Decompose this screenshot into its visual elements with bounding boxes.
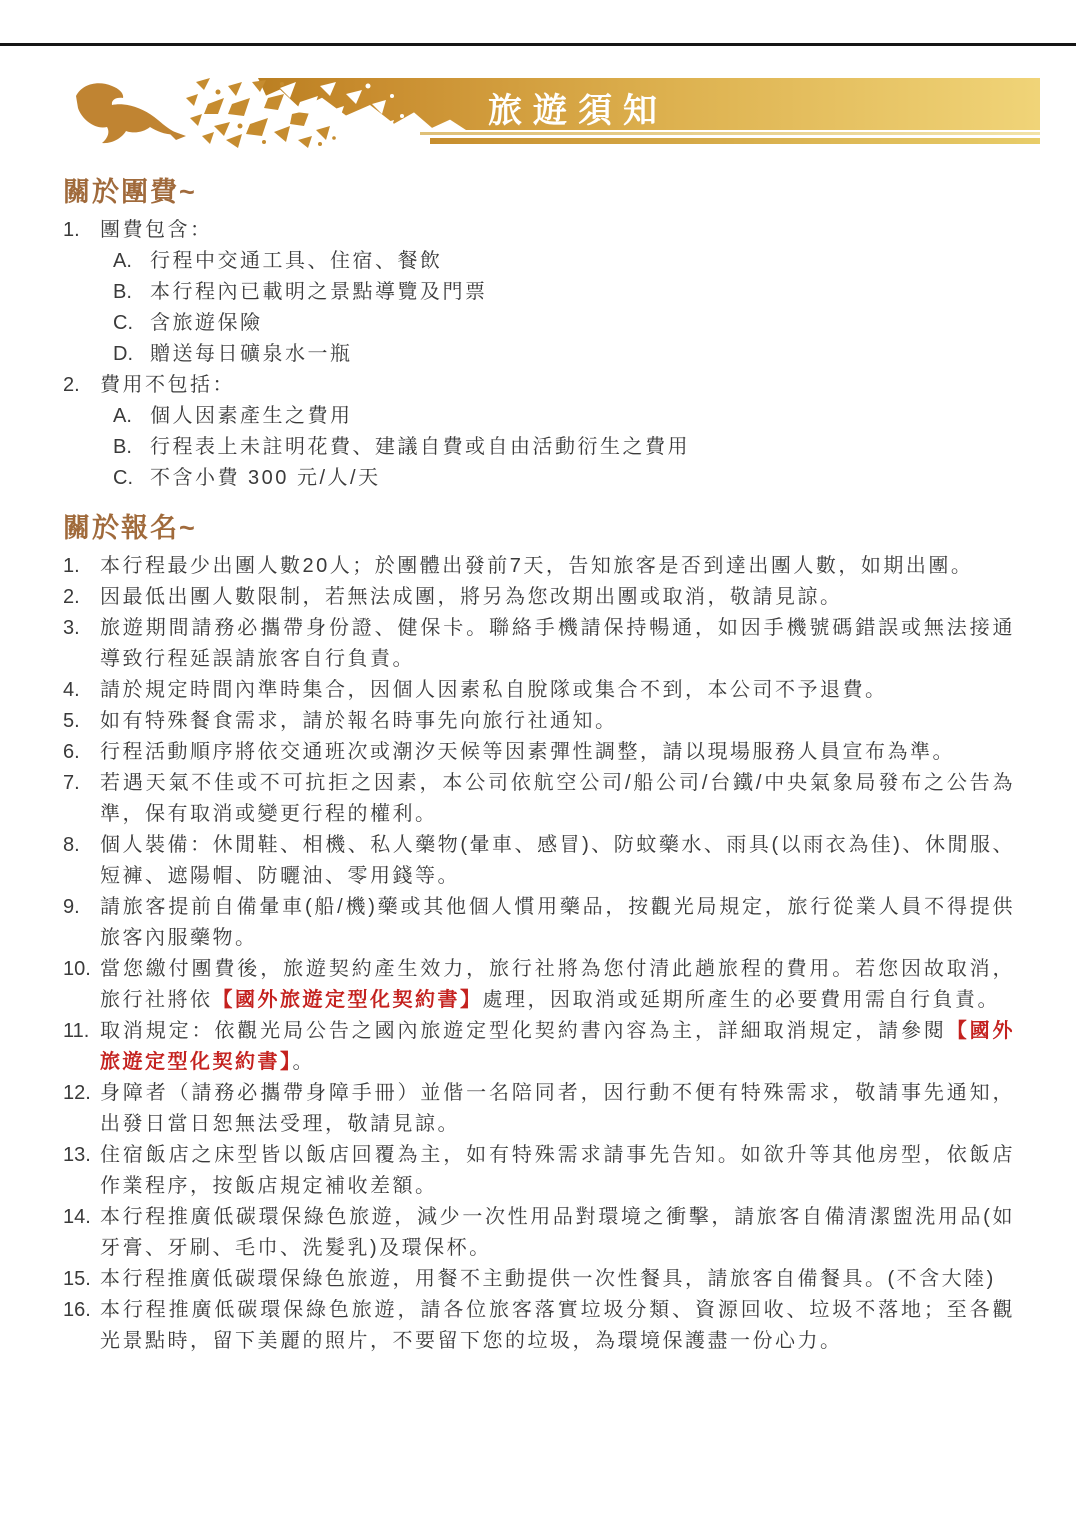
subitem-letter: A. [113, 246, 150, 277]
sub-list-item: C.不含小費 300 元/人/天 [63, 463, 1015, 494]
list-item: 5.如有特殊餐食需求，請於報名時事先向旅行社通知。 [63, 706, 1015, 737]
subitem-text: 行程表上未註明花費、建議自費或自由活動衍生之費用 [150, 432, 1015, 463]
item-text: 取消規定：依觀光局公告之國內旅遊定型化契約書內容為主，詳細取消規定，請參閱【國外… [100, 1016, 1015, 1078]
sub-list-item: C.含旅遊保險 [63, 308, 1015, 339]
text-segment: 本行程推廣低碳環保綠色旅遊，請各位旅客落實垃圾分類、資源回收、垃圾不落地；至各觀… [100, 1299, 1015, 1352]
item-number: 2. [63, 582, 100, 613]
sub-list-item: B.行程表上未註明花費、建議自費或自由活動衍生之費用 [63, 432, 1015, 463]
text-segment: 若遇天氣不佳或不可抗拒之因素，本公司依航空公司/船公司/台鐵/中央氣象局發布之公… [100, 772, 1015, 825]
text-segment: 費用不包括： [100, 374, 235, 396]
text-segment: 個人裝備：休閒鞋、相機、私人藥物(暈車、感冒)、防蚊藥水、雨具(以雨衣為佳)、休… [100, 834, 1015, 887]
text-segment: 取消規定：依觀光局公告之國內旅遊定型化契約書內容為主，詳細取消規定，請參閱 [100, 1020, 947, 1042]
list-item: 4.請於規定時間內準時集合，因個人因素私自脫隊或集合不到，本公司不予退費。 [63, 675, 1015, 706]
text-segment: 請於規定時間內準時集合，因個人因素私自脫隊或集合不到，本公司不予退費。 [100, 679, 888, 701]
section-heading: 關於團費~ [63, 170, 1015, 209]
subitem-letter: B. [113, 432, 150, 463]
text-segment: 因最低出團人數限制，若無法成團，將另為您改期出團或取消，敬請見諒。 [100, 586, 843, 608]
item-text: 身障者（請務必攜帶身障手冊）並偕一名陪同者，因行動不便有特殊需求，敬請事先通知，… [100, 1078, 1015, 1140]
text-segment: 本行程推廣低碳環保綠色旅遊，用餐不主動提供一次性餐具，請旅客自備餐具。(不含大陸… [100, 1268, 996, 1290]
list-item: 16.本行程推廣低碳環保綠色旅遊，請各位旅客落實垃圾分類、資源回收、垃圾不落地；… [63, 1295, 1015, 1357]
travel-notice-page: 旅遊須知 關於團費~1.團費包含：A.行程中交通工具、住宿、餐飲B.本行程內已載… [0, 0, 1076, 1521]
splatter-flecks [186, 78, 336, 148]
item-number: 14. [63, 1202, 100, 1233]
item-text: 住宿飯店之床型皆以飯店回覆為主，如有特殊需求請事先告知。如欲升等其他房型，依飯店… [100, 1140, 1015, 1202]
text-segment: 本行程最少出團人數20人；於團體出發前7天，告知旅客是否到達出團人數，如期出團。 [100, 555, 973, 577]
subitem-letter: A. [113, 401, 150, 432]
item-number: 15. [63, 1264, 100, 1295]
item-text: 請於規定時間內準時集合，因個人因素私自脫隊或集合不到，本公司不予退費。 [100, 675, 1015, 706]
text-segment: 。 [293, 1051, 316, 1073]
subitem-letter: C. [113, 463, 150, 494]
text-segment: 請旅客提前自備暈車(船/機)藥或其他個人慣用藥品，按觀光局規定，旅行從業人員不得… [100, 896, 1015, 949]
item-number: 3. [63, 613, 100, 644]
item-number: 8. [63, 830, 100, 861]
subitem-letter: D. [113, 339, 150, 370]
subitem-text: 本行程內已載明之景點導覽及門票 [150, 277, 1015, 308]
sub-list-item: A.個人因素產生之費用 [63, 401, 1015, 432]
notice-content: 關於團費~1.團費包含：A.行程中交通工具、住宿、餐飲B.本行程內已載明之景點導… [63, 170, 1015, 1369]
subitem-text: 含旅遊保險 [150, 308, 1015, 339]
banner: 旅遊須知 [68, 74, 1040, 150]
sub-list-item: D.贈送每日礦泉水一瓶 [63, 339, 1015, 370]
list-item: 8.個人裝備：休閒鞋、相機、私人藥物(暈車、感冒)、防蚊藥水、雨具(以雨衣為佳)… [63, 830, 1015, 892]
item-text: 旅遊期間請務必攜帶身份證、健保卡。聯絡手機請保持暢通，如因手機號碼錯誤或無法接通… [100, 613, 1015, 675]
item-text: 當您繳付團費後，旅遊契約產生效力，旅行社將為您付清此趟旅程的費用。若您因故取消，… [100, 954, 1015, 1016]
item-text: 費用不包括： [100, 370, 1015, 401]
item-text: 請旅客提前自備暈車(船/機)藥或其他個人慣用藥品，按觀光局規定，旅行從業人員不得… [100, 892, 1015, 954]
list-item: 1.本行程最少出團人數20人；於團體出發前7天，告知旅客是否到達出團人數，如期出… [63, 551, 1015, 582]
item-number: 1. [63, 215, 100, 246]
item-text: 團費包含： [100, 215, 1015, 246]
sub-list-item: B.本行程內已載明之景點導覽及門票 [63, 277, 1015, 308]
subitem-text: 行程中交通工具、住宿、餐飲 [150, 246, 1015, 277]
swallow-splatter-art [68, 74, 488, 154]
item-text: 本行程最少出團人數20人；於團體出發前7天，告知旅客是否到達出團人數，如期出團。 [100, 551, 1015, 582]
list-item: 2.因最低出團人數限制，若無法成團，將另為您改期出團或取消，敬請見諒。 [63, 582, 1015, 613]
text-segment: 團費包含： [100, 219, 213, 241]
section-fees: 關於團費~1.團費包含：A.行程中交通工具、住宿、餐飲B.本行程內已載明之景點導… [63, 170, 1015, 494]
list-item: 7.若遇天氣不佳或不可抗拒之因素，本公司依航空公司/船公司/台鐵/中央氣象局發布… [63, 768, 1015, 830]
list-item: 11.取消規定：依觀光局公告之國內旅遊定型化契約書內容為主，詳細取消規定，請參閱… [63, 1016, 1015, 1078]
banner-underline-thick [430, 138, 1040, 144]
item-text: 若遇天氣不佳或不可抗拒之因素，本公司依航空公司/船公司/台鐵/中央氣象局發布之公… [100, 768, 1015, 830]
list-item: 2.費用不包括： [63, 370, 1015, 401]
subitem-text: 贈送每日礦泉水一瓶 [150, 339, 1015, 370]
banner-underline-thin [420, 132, 1040, 135]
swallow-bird-icon [76, 83, 186, 143]
item-number: 12. [63, 1078, 100, 1109]
item-number: 2. [63, 370, 100, 401]
text-segment: 行程活動順序將依交通班次或潮汐天候等因素彈性調整，請以現場服務人員宣布為準。 [100, 741, 955, 763]
subitem-text: 不含小費 300 元/人/天 [150, 463, 1015, 494]
item-text: 本行程推廣低碳環保綠色旅遊，用餐不主動提供一次性餐具，請旅客自備餐具。(不含大陸… [100, 1264, 1015, 1295]
subitem-letter: C. [113, 308, 150, 339]
item-text: 本行程推廣低碳環保綠色旅遊，請各位旅客落實垃圾分類、資源回收、垃圾不落地；至各觀… [100, 1295, 1015, 1357]
list-item: 13.住宿飯店之床型皆以飯店回覆為主，如有特殊需求請事先告知。如欲升等其他房型，… [63, 1140, 1015, 1202]
list-item: 3.旅遊期間請務必攜帶身份證、健保卡。聯絡手機請保持暢通，如因手機號碼錯誤或無法… [63, 613, 1015, 675]
item-text: 因最低出團人數限制，若無法成團，將另為您改期出團或取消，敬請見諒。 [100, 582, 1015, 613]
item-number: 11. [63, 1016, 100, 1047]
text-segment: 如有特殊餐食需求，請於報名時事先向旅行社通知。 [100, 710, 618, 732]
list-item: 6.行程活動順序將依交通班次或潮汐天候等因素彈性調整，請以現場服務人員宣布為準。 [63, 737, 1015, 768]
item-text: 如有特殊餐食需求，請於報名時事先向旅行社通知。 [100, 706, 1015, 737]
item-number: 7. [63, 768, 100, 799]
text-segment: 住宿飯店之床型皆以飯店回覆為主，如有特殊需求請事先告知。如欲升等其他房型，依飯店… [100, 1144, 1015, 1197]
section-heading: 關於報名~ [63, 506, 1015, 545]
item-text: 個人裝備：休閒鞋、相機、私人藥物(暈車、感冒)、防蚊藥水、雨具(以雨衣為佳)、休… [100, 830, 1015, 892]
text-segment: 旅遊期間請務必攜帶身份證、健保卡。聯絡手機請保持暢通，如因手機號碼錯誤或無法接通… [100, 617, 1015, 670]
list-item: 1.團費包含： [63, 215, 1015, 246]
item-text: 本行程推廣低碳環保綠色旅遊，減少一次性用品對環境之衝擊，請旅客自備清潔盥洗用品(… [100, 1202, 1015, 1264]
list-item: 12.身障者（請務必攜帶身障手冊）並偕一名陪同者，因行動不便有特殊需求，敬請事先… [63, 1078, 1015, 1140]
section-registration: 關於報名~1.本行程最少出團人數20人；於團體出發前7天，告知旅客是否到達出團人… [63, 506, 1015, 1357]
list-item: 14.本行程推廣低碳環保綠色旅遊，減少一次性用品對環境之衝擊，請旅客自備清潔盥洗… [63, 1202, 1015, 1264]
text-segment: 處理，因取消或延期所產生的必要費用需自行負責。 [483, 989, 1001, 1011]
item-number: 16. [63, 1295, 100, 1326]
item-text: 行程活動順序將依交通班次或潮汐天候等因素彈性調整，請以現場服務人員宣布為準。 [100, 737, 1015, 768]
list-item: 15.本行程推廣低碳環保綠色旅遊，用餐不主動提供一次性餐具，請旅客自備餐具。(不… [63, 1264, 1015, 1295]
item-number: 1. [63, 551, 100, 582]
subitem-text: 個人因素產生之費用 [150, 401, 1015, 432]
list-item: 10.當您繳付團費後，旅遊契約產生效力，旅行社將為您付清此趟旅程的費用。若您因故… [63, 954, 1015, 1016]
subitem-letter: B. [113, 277, 150, 308]
item-number: 5. [63, 706, 100, 737]
item-number: 13. [63, 1140, 100, 1171]
top-divider-line [0, 43, 1076, 46]
item-number: 9. [63, 892, 100, 923]
banner-title: 旅遊須知 [488, 83, 668, 132]
item-number: 10. [63, 954, 100, 985]
text-segment: 身障者（請務必攜帶身障手冊）並偕一名陪同者，因行動不便有特殊需求，敬請事先通知，… [100, 1082, 1015, 1135]
list-item: 9.請旅客提前自備暈車(船/機)藥或其他個人慣用藥品，按觀光局規定，旅行從業人員… [63, 892, 1015, 954]
item-number: 6. [63, 737, 100, 768]
text-segment: 本行程推廣低碳環保綠色旅遊，減少一次性用品對環境之衝擊，請旅客自備清潔盥洗用品(… [100, 1206, 1015, 1259]
item-number: 4. [63, 675, 100, 706]
highlighted-contract-text: 【國外旅遊定型化契約書】 [213, 989, 483, 1011]
sub-list-item: A.行程中交通工具、住宿、餐飲 [63, 246, 1015, 277]
